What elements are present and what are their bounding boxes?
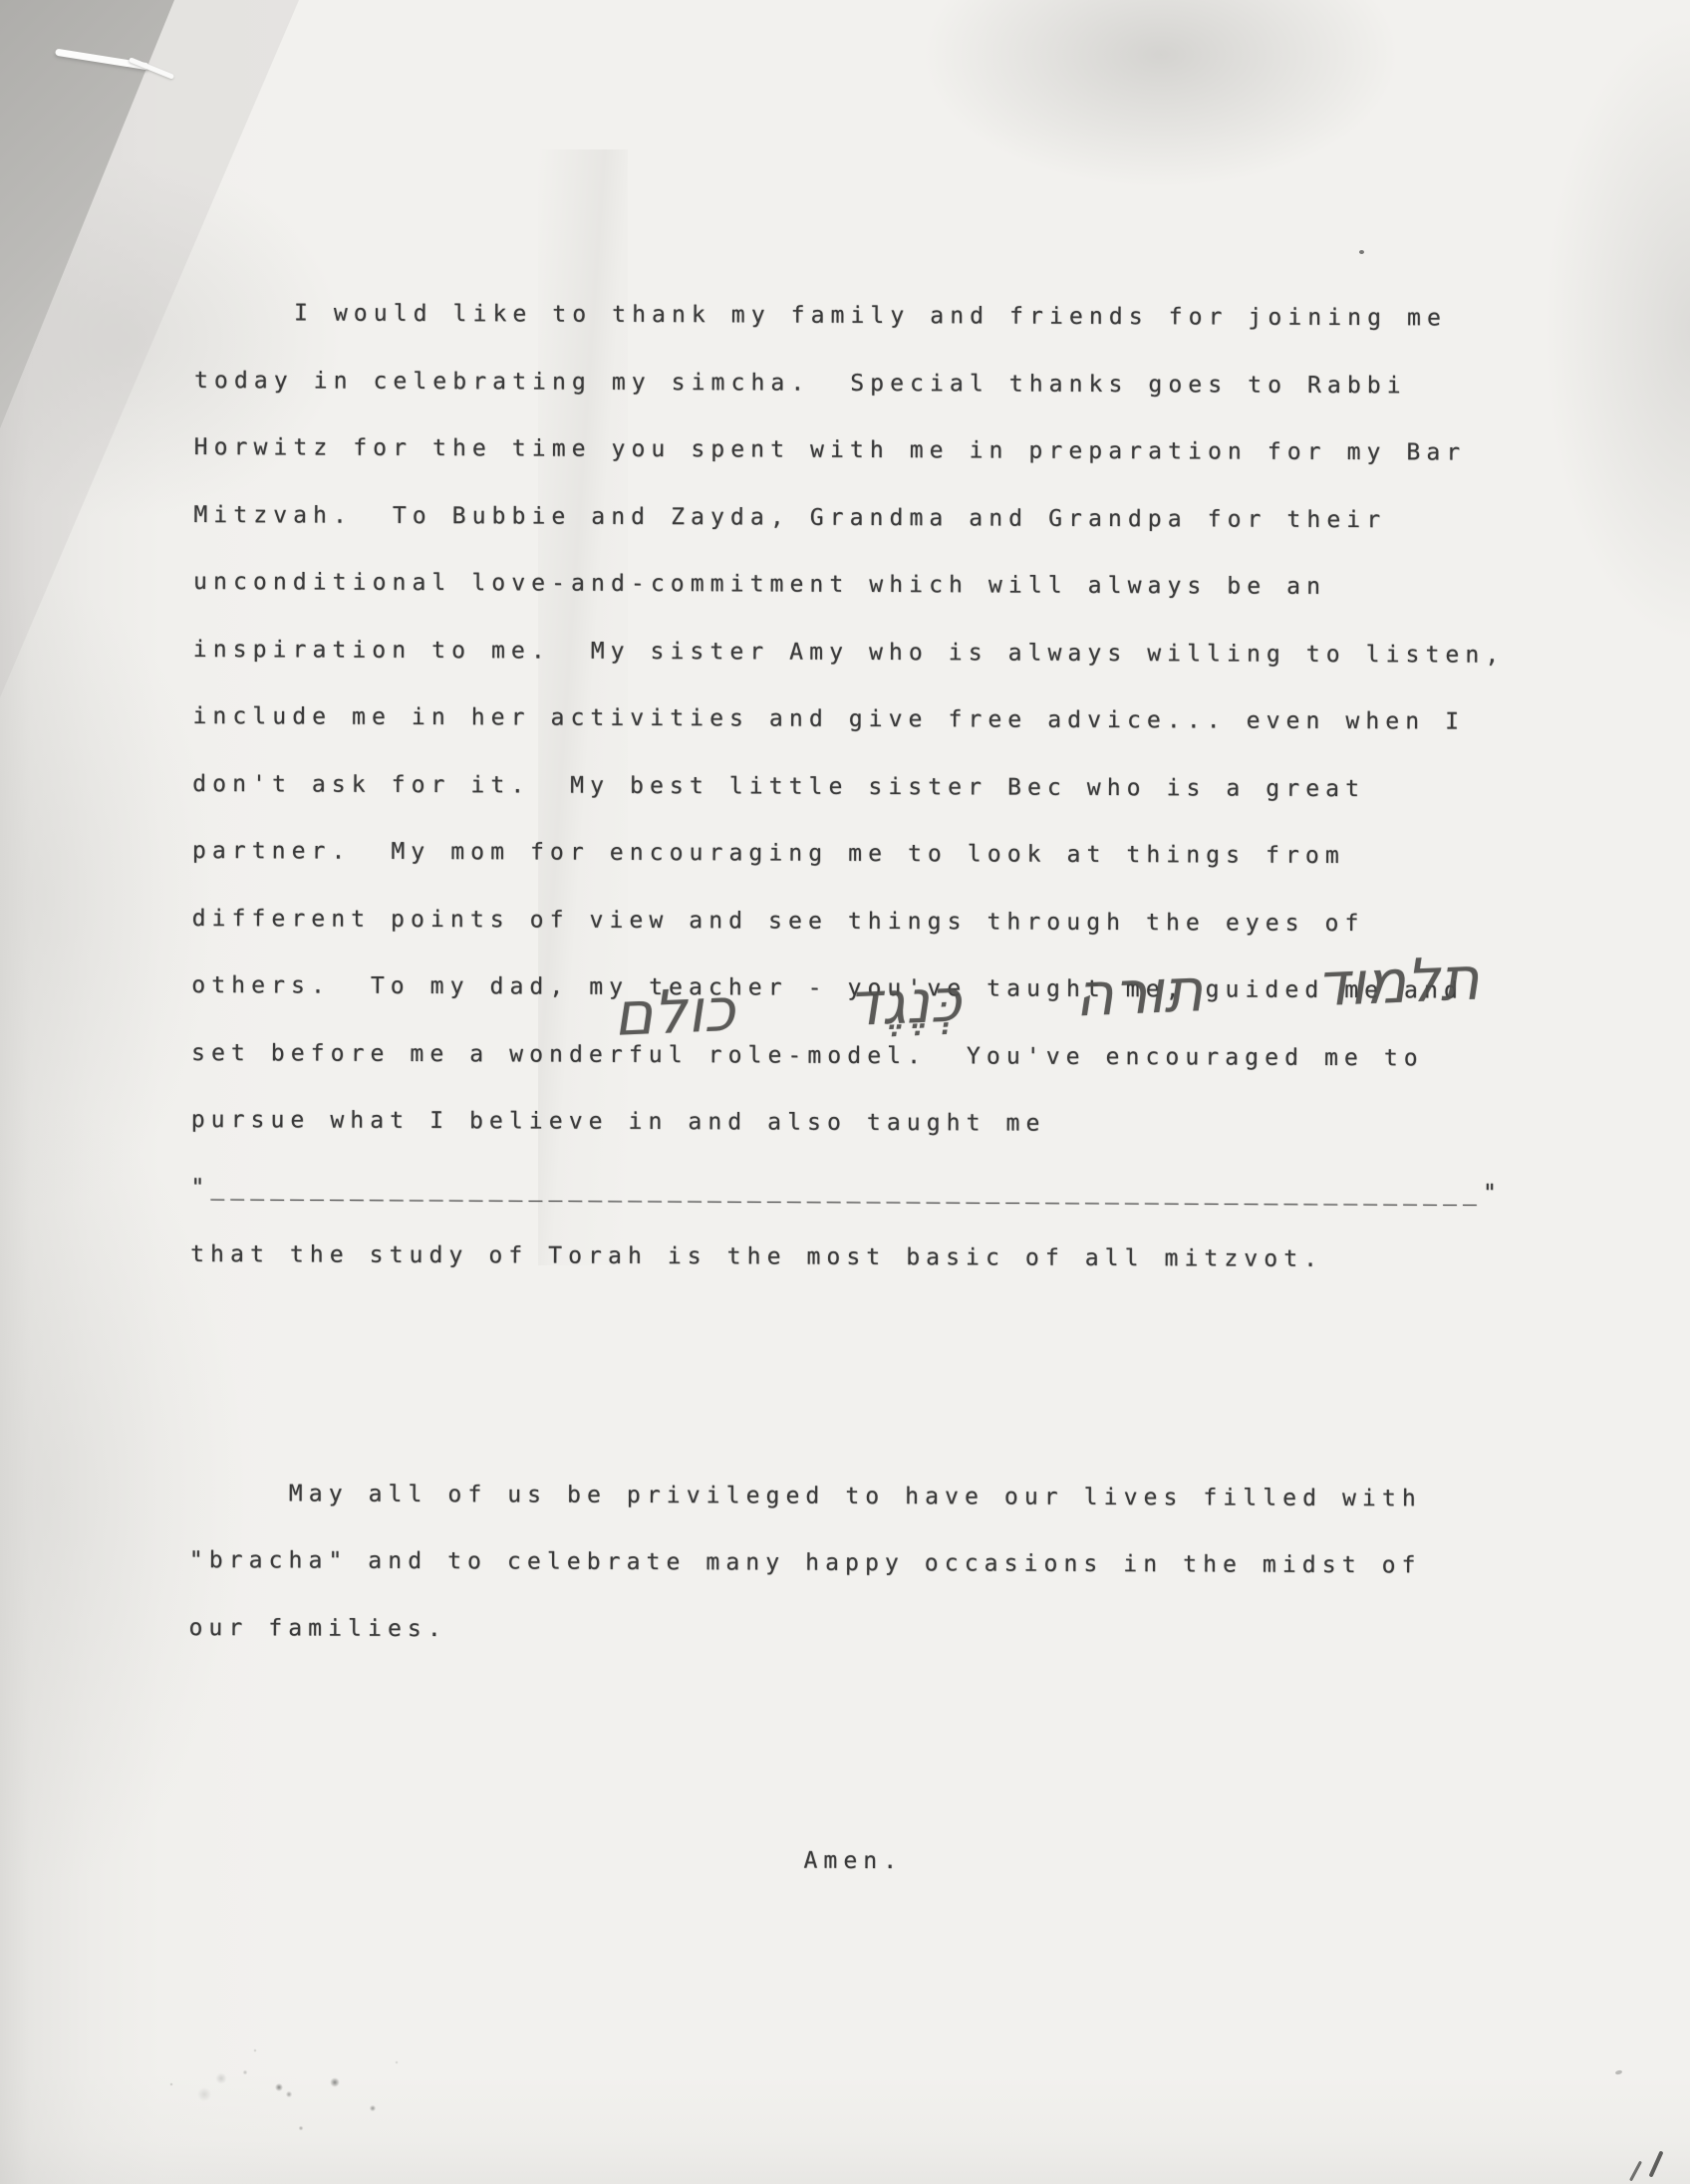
pencil-smudge <box>149 2033 428 2142</box>
typed-text-block: I would like to thank my family and frie… <box>187 145 1508 2033</box>
pen-stroke <box>1648 2150 1663 2177</box>
paper-background: I would like to thank my family and frie… <box>0 0 1690 2184</box>
pen-marks <box>1630 2150 1684 2184</box>
amen-line: Amen. <box>187 1825 1500 1898</box>
scanned-document: { "document": { "kind": "Scanned typewri… <box>0 0 1690 2184</box>
speech-paragraph-thanks: I would like to thank my family and frie… <box>190 280 1507 1294</box>
speech-paragraph-blessing: May all of us be privileged to have our … <box>188 1460 1501 1667</box>
pen-stroke <box>1629 2161 1642 2182</box>
gray-speck <box>1615 2069 1623 2075</box>
